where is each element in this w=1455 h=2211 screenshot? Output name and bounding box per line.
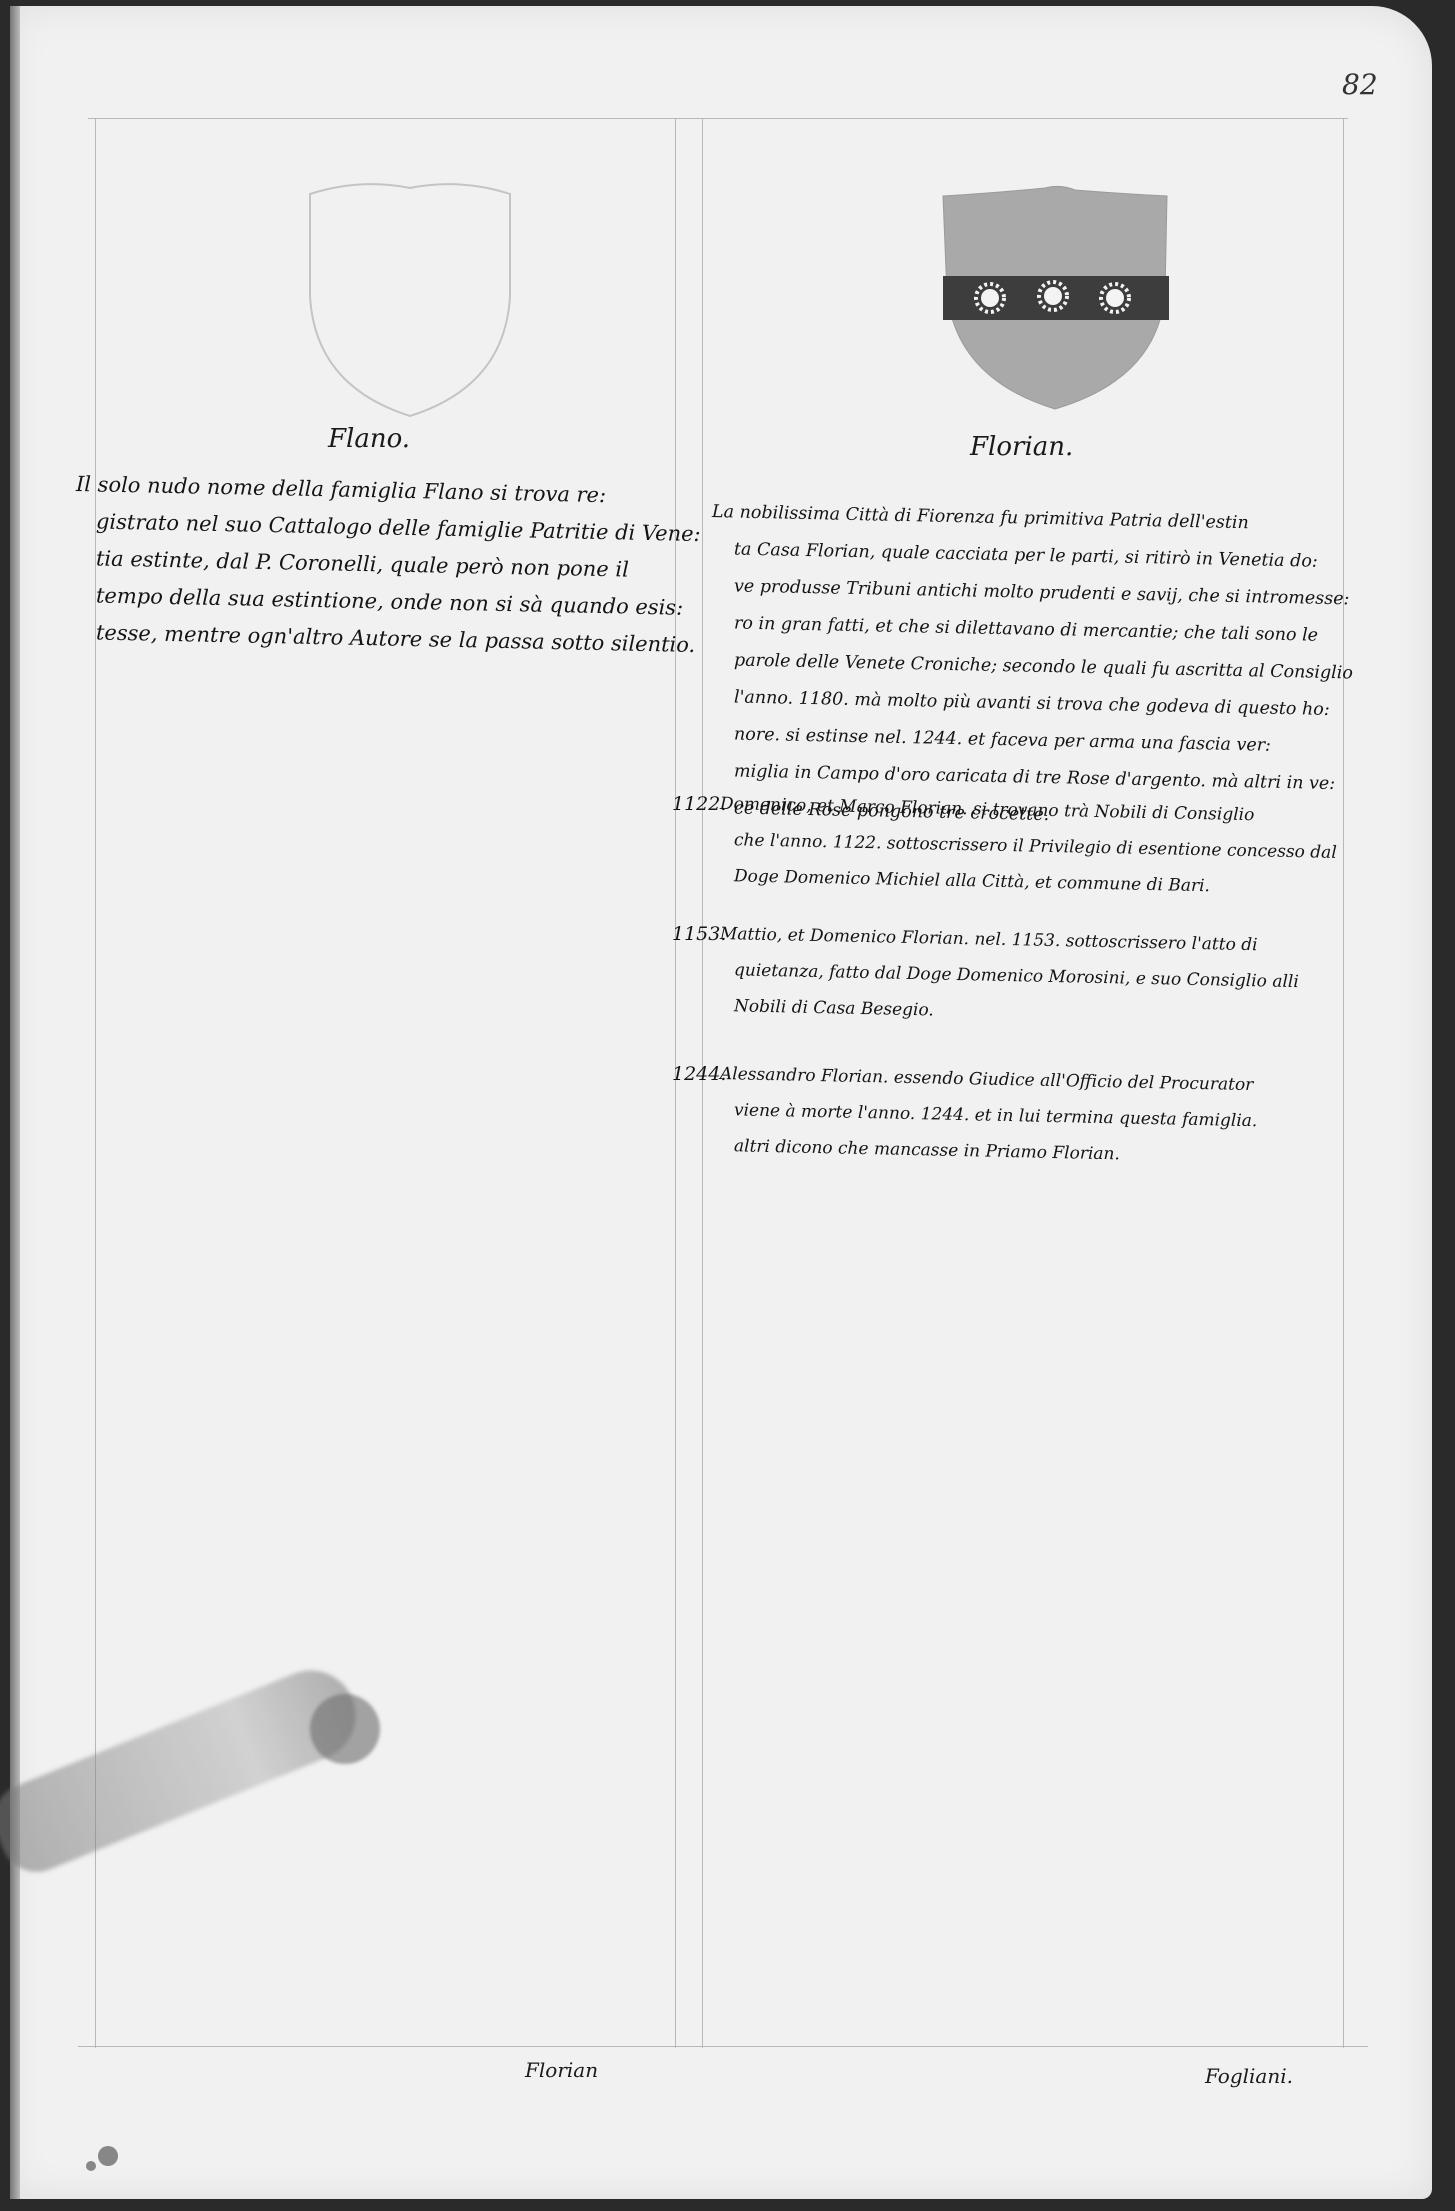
right-intro-block: La nobilissima Città di Fiorenza fu prim… xyxy=(712,494,1353,827)
entry-year: 1153. xyxy=(672,916,726,952)
coat-of-arms-shield-icon xyxy=(935,184,1175,414)
left-footer-label: Florian xyxy=(525,2058,598,2082)
entry-year: 1244. xyxy=(672,1056,726,1092)
ink-spot xyxy=(98,2146,118,2166)
left-text-block: Il solo nudo nome della famiglia Flano s… xyxy=(76,466,701,651)
chronicle-entry: 1122. Domenico, et Marco Florian. si tro… xyxy=(672,786,1337,894)
entry-year: 1122. xyxy=(672,786,726,822)
binding-edge xyxy=(10,6,20,2199)
right-frame-rule xyxy=(1343,118,1344,2048)
top-frame-rule xyxy=(88,118,1348,119)
right-heading: Florian. xyxy=(970,432,1073,462)
left-heading: Flano. xyxy=(328,424,410,454)
chronicle-entry: 1153. Mattio, et Domenico Florian. nel. … xyxy=(672,916,1299,1024)
empty-shield-icon xyxy=(300,176,520,426)
bottom-frame-rule xyxy=(78,2046,1368,2047)
ink-stain-blob xyxy=(310,1694,380,1764)
chronicle-entry: 1244. Alessandro Florian. essendo Giudic… xyxy=(672,1056,1257,1164)
ink-spot xyxy=(86,2161,96,2171)
right-footer-label: Fogliani. xyxy=(1205,2064,1293,2088)
ink-stain xyxy=(0,1657,369,1883)
manuscript-page: 82 Flano. Il solo nudo nome della famigl… xyxy=(10,6,1432,2199)
folio-number: 82 xyxy=(1342,68,1378,101)
